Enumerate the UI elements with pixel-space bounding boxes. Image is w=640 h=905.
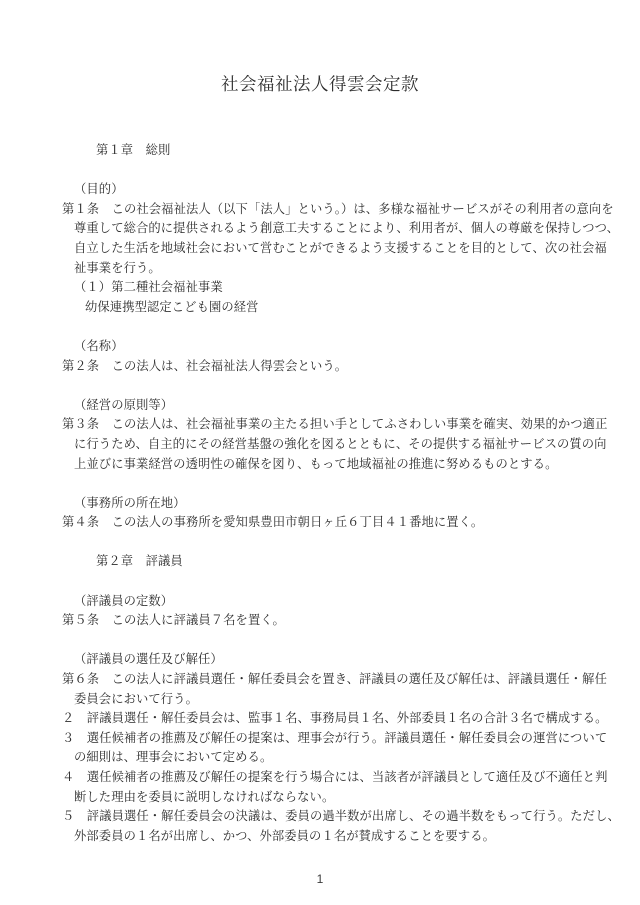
doc-line-item: （１）第二種社会福祉事業 (62, 278, 604, 298)
blank-line (62, 161, 604, 181)
doc-line-cont: 上並びに事業経営の透明性の確保を図り、もって地域福祉の推進に努めるものとする。 (62, 455, 604, 475)
doc-line-label: （事務所の所在地） (62, 494, 604, 514)
doc-line-label: （評議員の定数） (62, 592, 604, 612)
doc-line-article: 第２条 この法人は、社会福祉法人得雲会という。 (62, 357, 604, 377)
doc-line-cont: 祉事業を行う。 (62, 259, 604, 279)
page-number: 1 (0, 872, 640, 886)
doc-line-cont: 外部委員の１名が出席し、かつ、外部委員の１名が賛成することを要する。 (62, 827, 604, 847)
doc-line-article: 第３条 この法人は、社会福祉事業の主たる担い手としてふさわしい事業を確実、効果的… (62, 415, 604, 435)
document-title: 社会福祉法人得雲会定款 (0, 71, 640, 96)
doc-line-cont: 尊重して総合的に提供されるよう創意工夫することにより、利用者が、個人の尊厳を保持… (62, 219, 604, 239)
doc-line-article: 第１条 この社会福祉法人（以下「法人」という。）は、多様な福祉サービスがその利用… (62, 200, 604, 220)
doc-line-chapter: 第２章 評議員 (62, 552, 604, 572)
doc-line-article: ２ 評議員選任・解任委員会は、監事１名、事務局員１名、外部委員１名の合計３名で構… (62, 709, 604, 729)
doc-line-cont: 断した理由を委員に説明しなければならない。 (62, 788, 604, 808)
blank-line (62, 474, 604, 494)
blank-line (62, 376, 604, 396)
doc-line-label: （経営の原則等） (62, 396, 604, 416)
doc-line-article: ４ 選任候補者の推薦及び解任の提案を行う場合には、当該者が評議員として適任及び不… (62, 768, 604, 788)
doc-line-label: （目的） (62, 180, 604, 200)
doc-line-label: （評議員の選任及び解任） (62, 650, 604, 670)
document-body: 第１章 総則（目的）第１条 この社会福祉法人（以下「法人」という。）は、多様な福… (62, 141, 604, 846)
doc-line-cont: 委員会において行う。 (62, 690, 604, 710)
blank-line (62, 533, 604, 553)
document-page: 社会福祉法人得雲会定款 第１章 総則（目的）第１条 この社会福祉法人（以下「法人… (0, 0, 640, 905)
doc-line-article: ５ 評議員選任・解任委員会の決議は、委員の過半数が出席し、その過半数をもって行う… (62, 807, 604, 827)
doc-line-article: 第４条 この法人の事務所を愛知県豊田市朝日ヶ丘６丁目４１番地に置く。 (62, 513, 604, 533)
doc-line-article: ３ 選任候補者の推薦及び解任の提案は、理事会が行う。評議員選任・解任委員会の運営… (62, 729, 604, 749)
doc-line-chapter: 第１章 総則 (62, 141, 604, 161)
blank-line (62, 631, 604, 651)
blank-line (62, 572, 604, 592)
doc-line-cont: 自立した生活を地域社会において営むことができるよう支援することを目的として、次の… (62, 239, 604, 259)
doc-line-label: （名称） (62, 337, 604, 357)
doc-line-article: 第６条 この法人に評議員選任・解任委員会を置き、評議員の選任及び解任は、評議員選… (62, 670, 604, 690)
doc-line-subitem: 幼保連携型認定こども園の経営 (62, 298, 604, 318)
doc-line-cont: の細則は、理事会において定める。 (62, 748, 604, 768)
doc-line-cont: に行うため、自主的にその経営基盤の強化を図るとともに、その提供する福祉サービスの… (62, 435, 604, 455)
doc-line-article: 第５条 この法人に評議員７名を置く。 (62, 611, 604, 631)
blank-line (62, 317, 604, 337)
